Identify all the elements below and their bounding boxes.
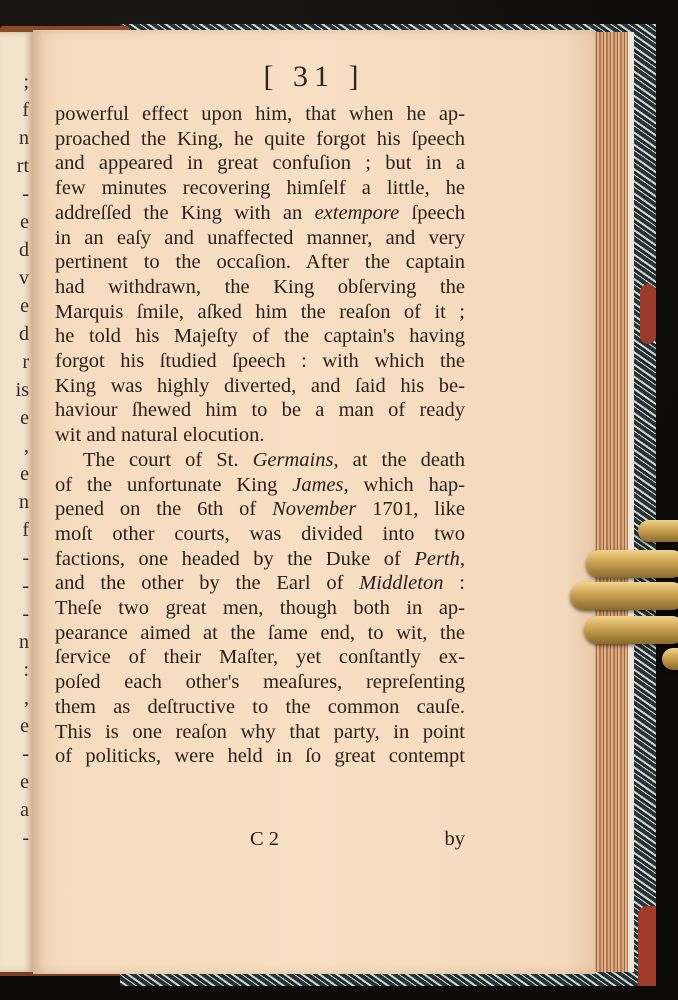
left-page-fragment: : xyxy=(23,660,29,680)
left-page-fragment: , xyxy=(24,688,29,708)
left-page-fragment: d xyxy=(19,324,29,344)
left-page-fragment: ; xyxy=(23,72,29,92)
left-page-fragment: d xyxy=(19,240,29,260)
left-page-fragment: r xyxy=(22,352,29,372)
left-page-fragment: - xyxy=(22,184,29,204)
page-number: [ 31 ] xyxy=(33,60,595,94)
left-page-fragment: v xyxy=(19,268,29,288)
text-line: in an eaſy and unaffected manner, and ve… xyxy=(55,226,465,251)
left-page-fragment: - xyxy=(22,576,29,596)
text-line: forgot his ſtudied ſpeech : with which t… xyxy=(55,349,465,374)
left-page-fragment: e xyxy=(20,464,29,484)
text-line: Marquis ſmile, aſked him the reaſon of i… xyxy=(55,300,465,325)
text-line: haviour ſhewed him to be a man of ready xyxy=(55,398,465,423)
text-line: The court of St. Germains, at the death xyxy=(55,448,465,473)
left-page-fragment: - xyxy=(22,604,29,624)
text-line: and appeared in great confuſion ; but in… xyxy=(55,151,465,176)
left-page-fragment: n xyxy=(19,128,29,148)
left-page-fragment: n xyxy=(19,632,29,652)
text-line: he told his Majeſty of the captain's hav… xyxy=(55,324,465,349)
text-line: proached the King, he quite forgot his ſ… xyxy=(55,127,465,152)
text-line: had withdrawn, the King obſerving the xyxy=(55,275,465,300)
text-line: addreſſed the King with an extempore ſpe… xyxy=(55,201,465,226)
signature-mark: C 2 xyxy=(250,828,279,851)
text-line: poſed each other's meaſures, repreſentin… xyxy=(55,670,465,695)
left-facing-page: ;fnrt-edvedrise,enf---n:,e-ea- xyxy=(0,32,33,972)
left-page-fragment: , xyxy=(24,436,29,456)
text-line: pened on the 6th of November 1701, like xyxy=(55,497,465,522)
page-fore-edge xyxy=(592,32,634,972)
text-line: wit and natural elocution. xyxy=(55,423,465,448)
left-page-fragment: - xyxy=(22,744,29,764)
body-text: powerful effect upon him, that when he a… xyxy=(55,102,465,769)
left-page-fragment: rt xyxy=(17,156,29,176)
left-page-fragment: f xyxy=(22,100,29,120)
text-line: of the unfortunate King James, which hap… xyxy=(55,473,465,498)
text-line: ſervice of their Maſter, yet conſtantly … xyxy=(55,645,465,670)
left-page-fragment: - xyxy=(22,828,29,848)
book-page: [ 31 ] powerful effect upon him, that wh… xyxy=(33,30,595,974)
text-line: factions, one headed by the Duke of Pert… xyxy=(55,547,465,572)
text-line: powerful effect upon him, that when he a… xyxy=(55,102,465,127)
text-line: them as deſtructive to the common cauſe. xyxy=(55,695,465,720)
text-line: King was highly diverted, and ſaid his b… xyxy=(55,374,465,399)
left-page-fragment: e xyxy=(20,408,29,428)
left-page-fragment: e xyxy=(20,212,29,232)
left-page-fragment: - xyxy=(22,548,29,568)
left-page-fragment: e xyxy=(20,772,29,792)
left-page-fragment: e xyxy=(20,296,29,316)
left-page-fragment: e xyxy=(20,716,29,736)
text-line: pearance aimed at the ſame end, to wit, … xyxy=(55,621,465,646)
brass-hand-page-clip xyxy=(568,520,678,670)
text-line: This is one reaſon why that party, in po… xyxy=(55,720,465,745)
text-line: Theſe two great men, though both in ap- xyxy=(55,596,465,621)
text-line: moſt other courts, was divided into two xyxy=(55,522,465,547)
text-line: pertinent to the occaſion. After the cap… xyxy=(55,250,465,275)
text-line: and the other by the Earl of Middleton : xyxy=(55,571,465,596)
text-line: few minutes recovering himſelf a little,… xyxy=(55,176,465,201)
left-page-fragment: n xyxy=(19,492,29,512)
catchword: by xyxy=(445,828,466,851)
left-page-fragment: is xyxy=(16,380,29,400)
left-page-fragment: f xyxy=(22,520,29,540)
left-page-fragment: a xyxy=(20,800,29,820)
text-line: of politicks, were held in ſo great cont… xyxy=(55,744,465,769)
